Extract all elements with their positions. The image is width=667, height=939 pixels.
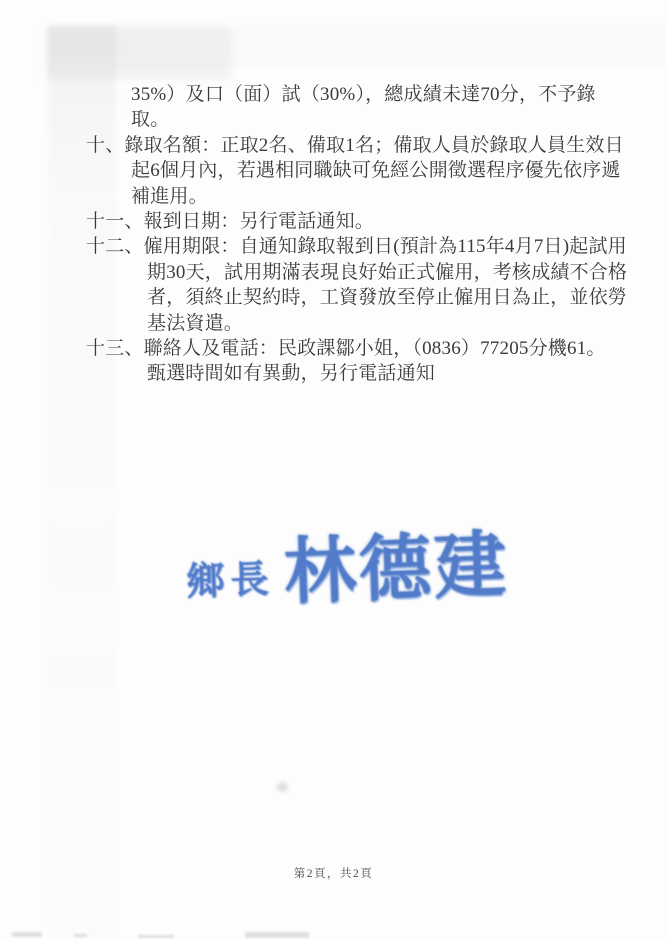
doc-line: 起6個月內，若遇相同職缺可免經公開徵選程序優先依序遞 [0,158,637,183]
doc-line: 補進用。 [0,184,637,209]
doc-line-item-11: 十一、報到日期：另行電話通知。 [0,209,637,234]
scan-speck-artifact [277,782,288,792]
stamp-title-text: 鄉長 [185,547,275,605]
doc-line: 35%）及口（面）試（30%），總成績未達70分，不予錄 [0,82,637,107]
doc-line: 者，須終止契約時，工資發放至停止僱用日為止，並依勞 [0,285,637,310]
stamp-name-text: 林德建 [282,506,511,618]
doc-line: 甄選時間如有異動，另行電話通知 [0,361,637,386]
scan-shading-artifact [48,25,667,67]
doc-line: 基法資遣。 [0,311,637,336]
scanned-document-page: 35%）及口（面）試（30%），總成績未達70分，不予錄 取。 十、錄取名額：正… [0,0,667,939]
doc-line-item-13: 十三、聯絡人及電話：民政課鄒小姐，（0836）77205分機61。 [0,336,637,361]
scan-speck-artifact [245,932,309,938]
scan-speck-artifact [12,932,42,937]
scan-shading-artifact [46,27,231,79]
scan-speck-artifact [138,935,174,938]
mayor-signature-stamp: 鄉長 林德建 [184,506,510,621]
document-text-block: 35%）及口（面）試（30%），總成績未達70分，不予錄 取。 十、錄取名額：正… [0,82,637,387]
doc-line: 期30天，試用期滿表現良好始正式僱用，考核成績不合格 [0,260,637,285]
doc-line: 取。 [0,107,637,132]
doc-line-item-10: 十、錄取名額：正取2名、備取1名；備取人員於錄取人員生效日 [0,133,637,158]
scan-speck-artifact [74,934,87,937]
page-number-footer: 第2頁，共2頁 [0,865,667,881]
doc-line-item-12: 十二、僱用期限：自通知錄取報到日(預計為115年4月7日)起試用 [0,234,637,259]
